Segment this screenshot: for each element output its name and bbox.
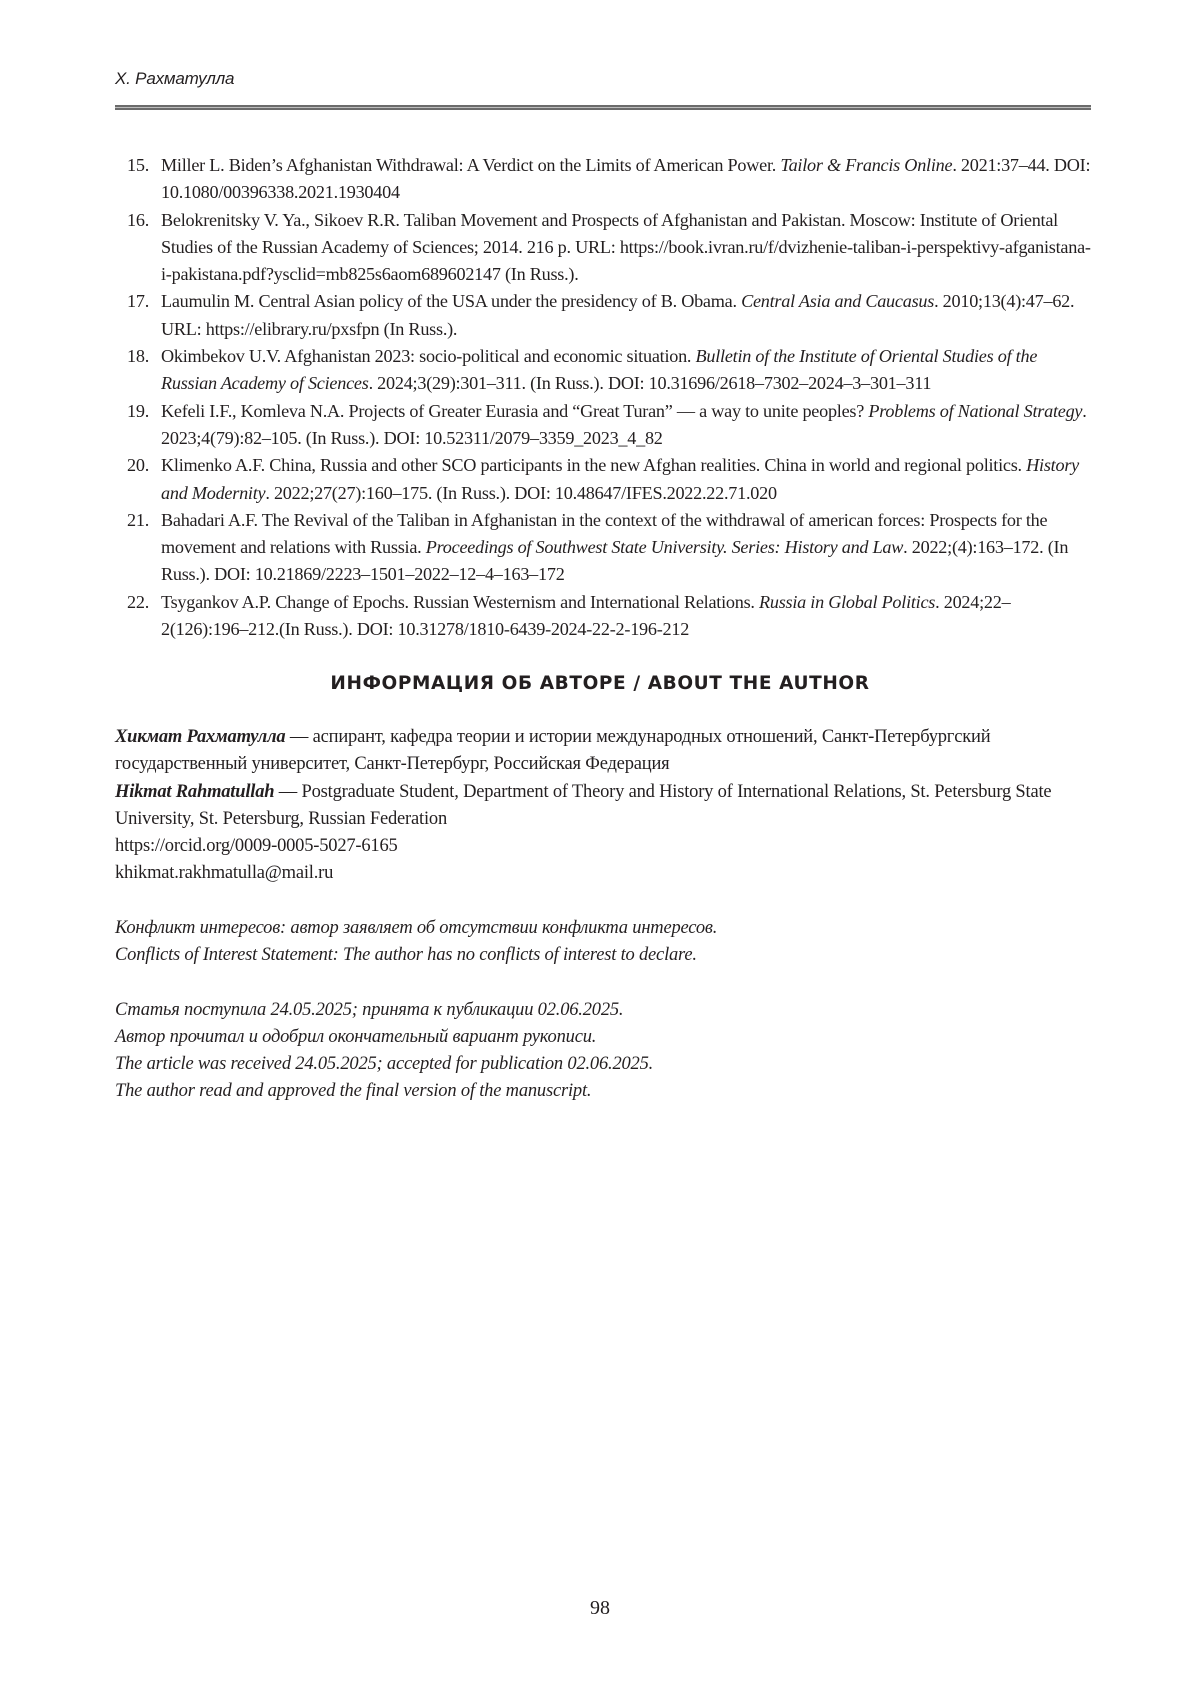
reference-item: 16.Belokrenitsky V. Ya., Sikoev R.R. Tal… <box>115 207 1095 289</box>
reference-item: 21.Bahadari A.F. The Revival of the Tali… <box>115 507 1095 589</box>
reference-list: 15.Miller L. Biden’s Afghanistan Withdra… <box>115 152 1095 643</box>
about-author-heading: ИНФОРМАЦИЯ ОБ АВТОРЕ / ABOUT THE AUTHOR <box>0 673 1200 694</box>
email-link[interactable]: khikmat.rakhmatulla@mail.ru <box>115 860 1100 887</box>
journal-title: Problems of National Strategy <box>868 401 1082 421</box>
orcid-link[interactable]: https://orcid.org/0009-0005-5027-6165 <box>115 833 1100 860</box>
author-en: Hikmat Rahmatullah — Postgraduate Studen… <box>115 779 1100 834</box>
author-name-ru: Хикмат Рахматулла <box>115 727 285 747</box>
author-name-en: Hikmat Rahmatullah <box>115 782 274 802</box>
journal-title: Proceedings of Southwest State Universit… <box>426 537 903 557</box>
conflict-statement-ru: Конфликт интересов: автор заявляет об от… <box>115 915 1100 942</box>
author-ru: Хикмат Рахматулла — аспирант, кафедра те… <box>115 724 1100 779</box>
page-number: 98 <box>0 1597 1200 1620</box>
statements: Конфликт интересов: автор заявляет об от… <box>115 915 1100 1106</box>
author-info: Хикмат Рахматулла — аспирант, кафедра те… <box>115 724 1100 888</box>
approved-statement-en: The author read and approved the final v… <box>115 1078 1100 1105</box>
reference-item: 19.Kefeli I.F., Komleva N.A. Projects of… <box>115 398 1095 453</box>
journal-title: Russia in Global Politics <box>759 592 935 612</box>
reference-item: 20.Klimenko A.F. China, Russia and other… <box>115 452 1095 507</box>
reference-item: 18.Okimbekov U.V. Afghanistan 2023: soci… <box>115 343 1095 398</box>
approved-statement-ru: Автор прочитал и одобрил окончательный в… <box>115 1024 1100 1051</box>
reference-item: 22.Tsygankov A.P. Change of Epochs. Russ… <box>115 589 1095 644</box>
received-statement-ru: Статья поступила 24.05.2025; принята к п… <box>115 997 1100 1024</box>
journal-title: Tailor & Francis Online <box>780 155 952 175</box>
header-rule <box>115 105 1091 110</box>
journal-title: Central Asia and Caucasus <box>741 291 934 311</box>
reference-item: 15.Miller L. Biden’s Afghanistan Withdra… <box>115 152 1095 207</box>
running-head: Х. Рахматулла <box>115 69 234 89</box>
reference-item: 17.Laumulin M. Central Asian policy of t… <box>115 288 1095 343</box>
received-statement-en: The article was received 24.05.2025; acc… <box>115 1051 1100 1078</box>
conflict-statement-en: Conflicts of Interest Statement: The aut… <box>115 942 1100 969</box>
